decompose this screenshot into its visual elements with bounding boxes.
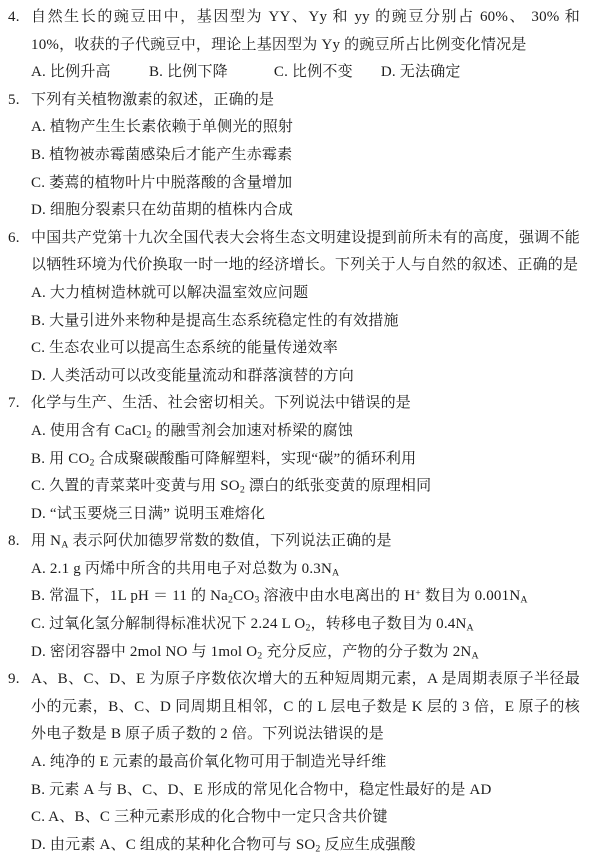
option-d: D. 密闭容器中 2mol NO 与 1mol O2 充分反应，产物的分子数为 … — [31, 639, 580, 667]
option-c: C. 生态农业可以提高生态系统的能量传递效率 — [31, 335, 580, 363]
question-number: 5. — [8, 87, 31, 115]
question-5: 5. 下列有关植物激素的叙述，正确的是 A. 植物产生生长素依赖于单侧光的照射 … — [8, 87, 580, 225]
option-d: D. 无法确定 — [381, 59, 461, 87]
option-a: A. 植物产生生长素依赖于单侧光的照射 — [31, 114, 580, 142]
option-c: C. 过氧化氢分解制得标准状况下 2.24 L O2，转移电子数目为 0.4NA — [31, 611, 580, 639]
options-row: A. 比例升高 B. 比例下降 C. 比例不变 D. 无法确定 — [31, 59, 580, 87]
option-d: D. “试玉要烧三日满” 说明玉难熔化 — [31, 501, 580, 529]
question-7: 7. 化学与生产、生活、社会密切相关。下列说法中错误的是 A. 使用含有 CaC… — [8, 390, 580, 528]
option-b: B. 植物被赤霉菌感染后才能产生赤霉素 — [31, 142, 580, 170]
question-stem: 用 NA 表示阿伏加德罗常数的数值，下列说法正确的是 — [31, 528, 580, 556]
option-b: B. 常温下，1L pH ＝ 11 的 Na2CO3 溶液中由水电离出的 H+ … — [31, 583, 580, 611]
option-c: C. 比例不变 — [274, 59, 377, 87]
exam-page: 4. 自然生长的豌豆田中，基因型为 YY、Yy 和 yy 的豌豆分别占 60%、… — [0, 0, 592, 859]
question-number: 4. — [8, 4, 31, 32]
option-c: C. 萎蔫的植物叶片中脱落酸的含量增加 — [31, 170, 580, 198]
question-9: 9. A、B、C、D、E 为原子序数依次增大的五种短周期元素，A 是周期表原子半… — [8, 666, 580, 859]
question-stem: 中国共产党第十九次全国代表大会将生态文明建设提到前所未有的高度，强调不能以牺牲环… — [31, 225, 580, 280]
question-8: 8. 用 NA 表示阿伏加德罗常数的数值，下列说法正确的是 A. 2.1 g 丙… — [8, 528, 580, 666]
question-stem: 下列有关植物激素的叙述，正确的是 — [31, 87, 580, 115]
option-c: C. A、B、C 三种元素形成的化合物中一定只含共价键 — [31, 804, 580, 832]
question-stem: 化学与生产、生活、社会密切相关。下列说法中错误的是 — [31, 390, 580, 418]
option-b: B. 比例下降 — [149, 59, 270, 87]
option-a: A. 使用含有 CaCl2 的融雪剂会加速对桥梁的腐蚀 — [31, 418, 580, 446]
option-a: A. 纯净的 E 元素的最高价氧化物可用于制造光导纤维 — [31, 749, 580, 777]
question-number: 9. — [8, 666, 31, 694]
question-stem: A、B、C、D、E 为原子序数依次增大的五种短周期元素，A 是周期表原子半径最小… — [31, 666, 580, 749]
question-number: 8. — [8, 528, 31, 556]
question-stem: 自然生长的豌豆田中，基因型为 YY、Yy 和 yy 的豌豆分别占 60%、 30… — [31, 4, 580, 59]
question-4: 4. 自然生长的豌豆田中，基因型为 YY、Yy 和 yy 的豌豆分别占 60%、… — [8, 4, 580, 87]
question-6: 6. 中国共产党第十九次全国代表大会将生态文明建设提到前所未有的高度，强调不能以… — [8, 225, 580, 391]
question-number: 6. — [8, 225, 31, 253]
option-c: C. 久置的青菜菜叶变黄与用 SO2 漂白的纸张变黄的原理相同 — [31, 473, 580, 501]
option-d: D. 由元素 A、C 组成的某种化合物可与 SO2 反应生成强酸 — [31, 832, 580, 860]
option-a: A. 2.1 g 丙烯中所含的共用电子对总数为 0.3NA — [31, 556, 580, 584]
question-number: 7. — [8, 390, 31, 418]
option-d: D. 人类活动可以改变能量流动和群落演替的方向 — [31, 363, 580, 391]
option-d: D. 细胞分裂素只在幼苗期的植株内合成 — [31, 197, 580, 225]
option-a: A. 大力植树造林就可以解决温室效应问题 — [31, 280, 580, 308]
option-b: B. 用 CO2 合成聚碳酸酯可降解塑料，实现“碳”的循环利用 — [31, 446, 580, 474]
option-a: A. 比例升高 — [31, 59, 145, 87]
option-b: B. 元素 A 与 B、C、D、E 形成的常见化合物中，稳定性最好的是 AD — [31, 777, 580, 805]
option-b: B. 大量引进外来物种是提高生态系统稳定性的有效措施 — [31, 308, 580, 336]
